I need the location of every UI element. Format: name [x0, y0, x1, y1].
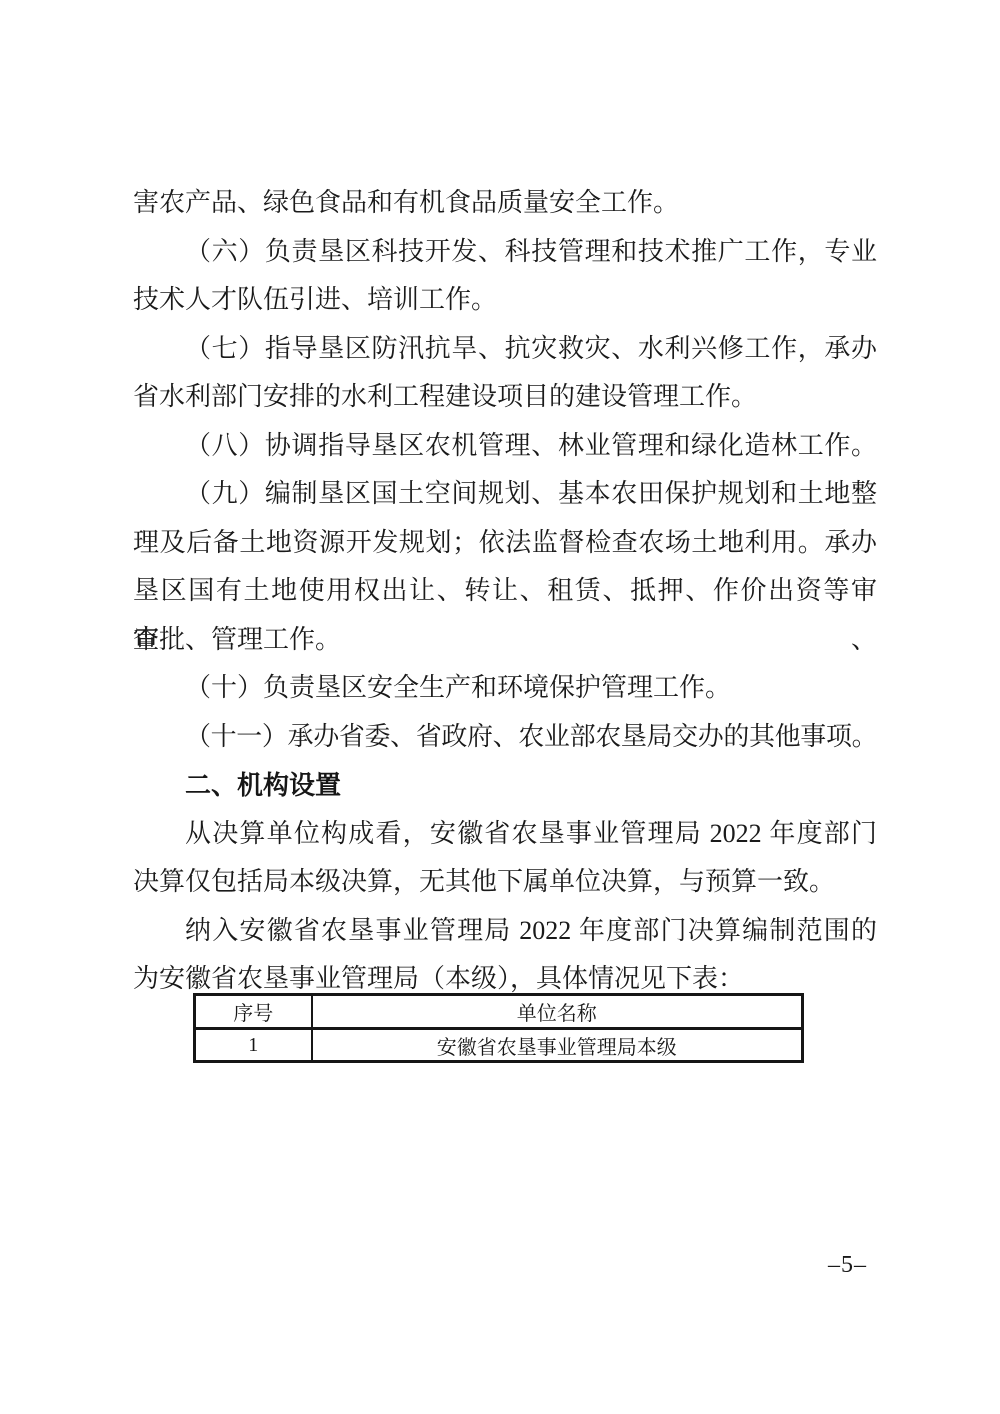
- unit-table-header-name: 单位名称: [312, 995, 803, 1029]
- body-line-6: （八）协调指导垦区农机管理、林业管理和绿化造林工作。: [133, 422, 877, 471]
- section-heading-org-setup: 二、机构设置: [133, 761, 877, 810]
- unit-table-cell-name: 安徽省农垦事业管理局本级: [312, 1029, 803, 1062]
- body-line-8: 理及后备土地资源开发规划；依法监督检查农场土地利用。承办: [133, 519, 877, 568]
- body-line-3: 技术人才队伍引进、培训工作。: [133, 276, 877, 325]
- unit-table-header-row: 序号 单位名称: [195, 995, 803, 1029]
- body-line-11: （十）负责垦区安全生产和环境保护管理工作。: [133, 664, 877, 713]
- unit-table-header-index: 序号: [195, 995, 312, 1029]
- body-line-12: （十一）承办省委、省政府、农业部农垦局交办的其他事项。: [133, 713, 877, 762]
- body-line-16: 纳入安徽省农垦事业管理局 2022 年度部门决算编制范围的: [133, 907, 877, 956]
- document-body: 害农产品、绿色食品和有机食品质量安全工作。 （六）负责垦区科技开发、科技管理和技…: [133, 179, 877, 1004]
- page-number: –5–: [828, 1252, 898, 1279]
- body-line-2: （六）负责垦区科技开发、科技管理和技术推广工作，专业: [133, 228, 877, 277]
- body-line-15: 决算仅包括局本级决算，无其他下属单位决算，与预算一致。: [133, 858, 877, 907]
- unit-table: 序号 单位名称 1 安徽省农垦事业管理局本级: [193, 993, 804, 1063]
- body-line-4: （七）指导垦区防汛抗旱、抗灾救灾、水利兴修工作，承办: [133, 325, 877, 374]
- body-line-14: 从决算单位构成看，安徽省农垦事业管理局 2022 年度部门: [133, 810, 877, 859]
- body-line-1: 害农产品、绿色食品和有机食品质量安全工作。: [133, 179, 877, 228]
- document-page: 害农产品、绿色食品和有机食品质量安全工作。 （六）负责垦区科技开发、科技管理和技…: [0, 0, 1000, 1414]
- body-line-5: 省水利部门安排的水利工程建设项目的建设管理工作。: [133, 373, 877, 422]
- body-line-7: （九）编制垦区国土空间规划、基本农田保护规划和土地整: [133, 470, 877, 519]
- unit-table-cell-index: 1: [195, 1029, 312, 1062]
- unit-table-row: 1 安徽省农垦事业管理局本级: [195, 1029, 803, 1062]
- body-line-9: 垦区国有土地使用权出让、转让、租赁、抵押、作价出资等审查、: [133, 567, 877, 616]
